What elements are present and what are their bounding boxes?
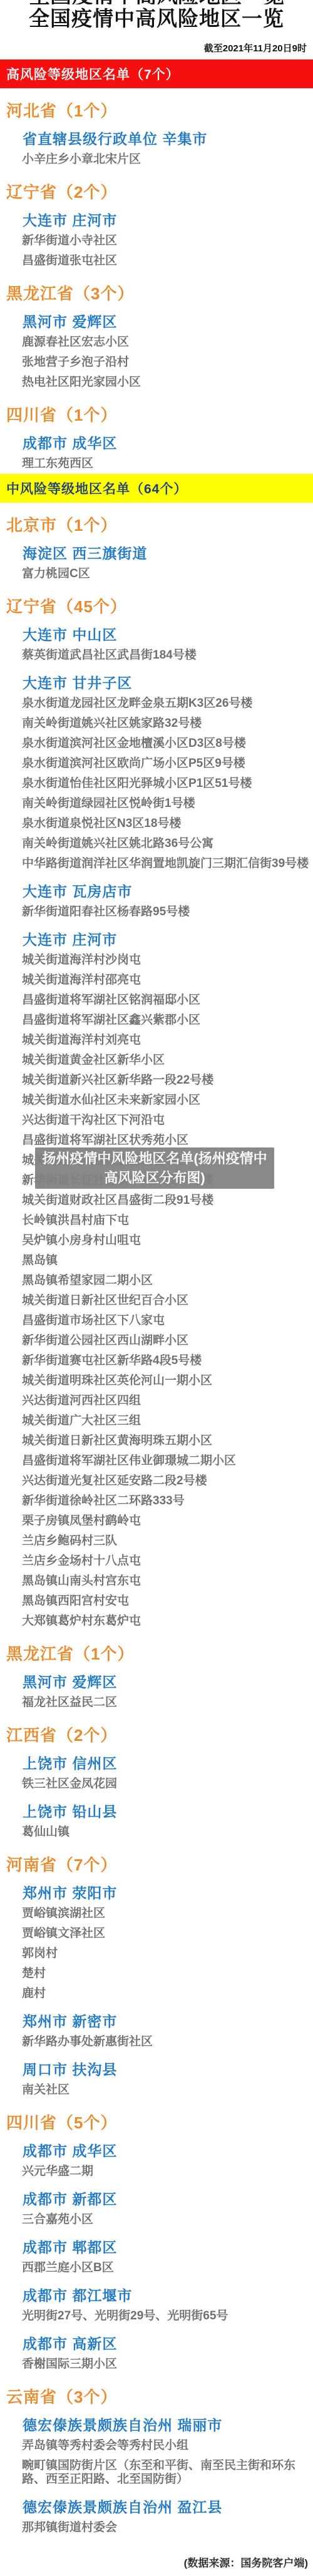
area-line: 昌盛街道市场社区下八家屯 <box>22 1311 309 1331</box>
area-line: 城关街道明珠社区英伦河山一期小区 <box>22 1371 309 1391</box>
area-line: 城关街道财政社区昌盛街二段91号楼 <box>22 1191 309 1211</box>
area-line: 泉水街道龙园社区龙畔金泉五期K3区26号楼 <box>22 694 309 714</box>
area-line: 贾峪镇滨湖社区 <box>22 1904 309 1924</box>
area-line: 兰店乡鲍码村三队 <box>22 1531 309 1551</box>
area-line: 鹿村 <box>22 1984 309 2004</box>
city-heading: 德宏傣族景颇族自治州 瑞丽市 <box>23 2414 313 2435</box>
area-line: 城关街道海洋村沙岗屯 <box>22 950 309 970</box>
area-line: 昌盛街道张屯社区 <box>22 251 309 271</box>
area-line: 弄岛镇等秀村委会等秀村民小组 <box>22 2436 309 2456</box>
city-heading: 成都市 成华区 <box>23 432 313 453</box>
area-line: 新华街道阳春社区杨春路95号楼 <box>22 902 309 922</box>
area-line: 张地营子乡泡子沿村 <box>22 352 309 372</box>
as-of-timestamp: 截至2021年11月20日9时 <box>0 41 307 54</box>
area-line: 理工东苑西区 <box>22 454 309 474</box>
area-line: 黑岛镇西阳宫村安屯 <box>22 1591 309 1611</box>
city-heading: 大连市 庄河市 <box>23 928 313 949</box>
area-line: 南关岭街道姚兴社区姚北路36号公寓 <box>22 834 309 854</box>
area-line: 大郑镇葛炉村东葛炉屯 <box>22 1611 309 1631</box>
area-line: 小辛庄乡小章北宋片区 <box>22 150 309 170</box>
city-heading: 成都市 成华区 <box>23 2140 313 2160</box>
city-heading: 大连市 甘井子区 <box>23 672 313 692</box>
area-line: 热电社区阳光家园小区 <box>22 372 309 393</box>
area-line: 城关街道日新社区世纪百合小区 <box>22 1291 309 1311</box>
area-line: 福龙社区益民二区 <box>22 1693 309 1713</box>
area-line: 南关社区 <box>22 2080 309 2100</box>
area-line: 城关街道水仙社区未来新家园小区 <box>22 1090 309 1111</box>
area-line: 香榭国际三期小区 <box>22 2354 309 2374</box>
area-line: 城关街道海洋村刘亮屯 <box>22 1030 309 1050</box>
data-source-note: (数据来源：国务院客户端) <box>0 2554 308 2570</box>
city-heading: 成都市 郫都区 <box>23 2236 313 2257</box>
area-line: 黑岛镇希望家园二期小区 <box>22 1271 309 1291</box>
province-heading: 辽宁省（45个） <box>6 594 313 617</box>
area-line: 泉水街道怡佳社区阳光驿城小区P1区51号楼 <box>22 774 309 794</box>
section-banner-medium-risk: 中风险等级地区名单（64个） <box>0 474 313 503</box>
area-line: 铁三社区金凤花园 <box>22 1774 309 1794</box>
city-heading: 成都市 都江堰市 <box>23 2284 313 2305</box>
area-line: 南关岭街道绿园社区悦岭街1号楼 <box>22 794 309 814</box>
area-line: 兴达街道河西社区四组 <box>22 1391 309 1411</box>
area-line: 三合嘉苑小区 <box>22 2210 309 2230</box>
area-line: 畹町镇国防街片区（东至和平街、南至民主街和环东路、西至正阳路、北至国防街） <box>22 2456 309 2490</box>
watermark-overlay: 扬州疫情中风险地区名单(扬州疫情中高风险区分布图) <box>35 1147 274 1189</box>
area-line: 新华街道小寺社区 <box>22 231 309 251</box>
area-line: 新华街道徐岭社区二环路333号 <box>22 1491 309 1511</box>
risk-list: 高风险等级地区名单（7个）河北省（1个）省直辖县级行政单位 辛集市小辛庄乡小章北… <box>0 59 313 2538</box>
area-line: 新华路办事处新惠街社区 <box>22 2032 309 2052</box>
area-line: 城关街道新兴社区新华路一段22号楼 <box>22 1070 309 1090</box>
city-heading: 大连市 庄河市 <box>23 209 313 230</box>
province-heading: 江西省（2个） <box>6 1723 313 1746</box>
area-line: 泉水街道滨河社区金地檀溪小区D3区8号楼 <box>22 734 309 754</box>
area-line: 新华街道赛屯社区新华路4段5号楼 <box>22 1351 309 1371</box>
city-heading: 成都市 高新区 <box>23 2332 313 2353</box>
area-line: 兴达街道干沟社区下河沿屯 <box>22 1111 309 1131</box>
area-line: 鹿源春社区宏志小区 <box>22 332 309 352</box>
area-line: 昌盛街道将军湖社区伟业御璟城二期小区 <box>22 1451 309 1471</box>
area-line: 城关街道广大社区三组 <box>22 1411 309 1431</box>
infographic-page: 全国疫情中高风险地区一览 全国疫情中高风险地区一览 截至2021年11月20日9… <box>0 0 313 2576</box>
area-line: 吴炉镇小房身村山咀屯 <box>22 1231 309 1251</box>
area-line: 昌盛街道将军湖社区铭润福邸小区 <box>22 990 309 1010</box>
section-banner-high-risk: 高风险等级地区名单（7个） <box>0 59 313 88</box>
province-heading: 河北省（1个） <box>6 98 313 121</box>
area-line: 泉水街道泉悦社区N3区18号楼 <box>22 814 309 834</box>
page-title: 全国疫情中高风险地区一览 <box>5 6 308 31</box>
area-line: 中华路街道润洋社区华润置地凯旋门三期汇信街39号楼 <box>22 854 309 874</box>
area-line: 城关街道黄金社区新华小区 <box>22 1050 309 1070</box>
city-heading: 大连市 中山区 <box>23 623 313 644</box>
province-heading: 辽宁省（2个） <box>6 180 313 203</box>
area-line: 富力桃园C区 <box>22 564 309 584</box>
area-line: 葛仙山镇 <box>22 1822 309 1842</box>
city-heading: 上饶市 信州区 <box>23 1752 313 1773</box>
province-heading: 黑龙江省（1个） <box>6 1641 313 1665</box>
province-heading: 黑龙江省（3个） <box>6 281 313 304</box>
area-line: 兴元华盛二期 <box>22 2162 309 2182</box>
city-heading: 成都市 新都区 <box>23 2188 313 2209</box>
area-line: 城关街道海洋村邵亮屯 <box>22 970 309 990</box>
city-heading: 上饶市 铅山县 <box>23 1800 313 1821</box>
area-line: 栗子房镇凤堡村鹞岭屯 <box>22 1511 309 1531</box>
clipped-title-text: 全国疫情中高风险地区一览 <box>0 0 313 4</box>
city-heading: 黑河市 爱辉区 <box>23 1671 313 1691</box>
province-heading: 云南省（3个） <box>6 2384 313 2408</box>
area-line: 楚村 <box>22 1964 309 1984</box>
area-line: 南关岭街道姚兴社区姚家路32号楼 <box>22 714 309 734</box>
area-line: 泉水街道滨河社区欧尚广场小区P5区9号楼 <box>22 754 309 774</box>
city-heading: 周口市 扶沟县 <box>23 2058 313 2079</box>
city-heading: 省直辖县级行政单位 辛集市 <box>23 128 313 148</box>
city-heading: 海淀区 西三旗街道 <box>23 542 313 563</box>
province-heading: 河南省（7个） <box>6 1852 313 1876</box>
city-heading: 德宏傣族景颇族自治州 盈江县 <box>23 2496 313 2517</box>
area-line: 郭岗村 <box>22 1944 309 1964</box>
province-heading: 四川省（5个） <box>6 2110 313 2133</box>
area-line: 长岭镇洪昌村庙下屯 <box>22 1211 309 1231</box>
province-heading: 北京市（1个） <box>6 513 313 536</box>
area-line: 那邦镇街道村委会 <box>22 2518 309 2538</box>
city-heading: 大连市 瓦房店市 <box>23 880 313 901</box>
city-heading: 郑州市 新密市 <box>23 2010 313 2031</box>
area-line: 光明街27号、光明街29号、光明街65号 <box>22 2306 309 2326</box>
area-line: 昌盛街道将军湖社区鑫兴紫郡小区 <box>22 1010 309 1030</box>
city-heading: 郑州市 荥阳市 <box>23 1882 313 1902</box>
area-line: 黑岛镇 <box>22 1251 309 1271</box>
area-line: 贾峪镇文泽社区 <box>22 1924 309 1944</box>
area-line: 黑岛镇山南头村宫东屯 <box>22 1571 309 1591</box>
area-line: 新华街道公园社区西山湖畔小区 <box>22 1331 309 1351</box>
area-line: 兰店乡金场村十八点屯 <box>22 1551 309 1571</box>
city-heading: 黑河市 爱辉区 <box>23 310 313 331</box>
area-line: 兴达街道光复社区延安路二段2号楼 <box>22 1471 309 1491</box>
area-line: 蔡英街道武昌社区武昌街184号楼 <box>22 645 309 665</box>
area-line: 城关街道日新社区黄海明珠五期小区 <box>22 1431 309 1451</box>
clipped-title-fragment: 全国疫情中高风险地区一览 <box>0 0 313 4</box>
province-heading: 四川省（1个） <box>6 403 313 426</box>
area-line: 西郡兰庭小区B区 <box>22 2258 309 2278</box>
